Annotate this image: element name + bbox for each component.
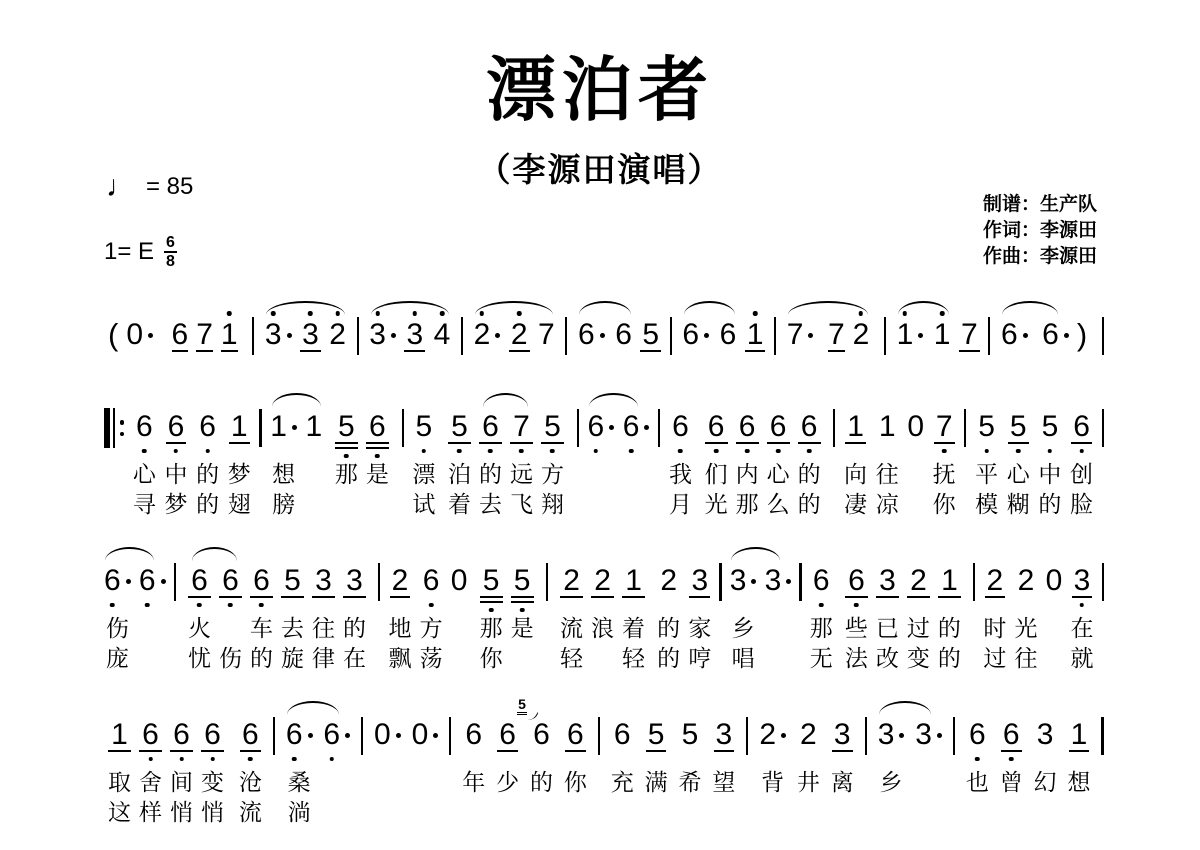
note-number: 6	[969, 718, 986, 752]
beam-underline	[479, 442, 502, 444]
note-part: 6	[219, 564, 242, 598]
lyric-line-2: 轻	[622, 643, 645, 673]
note-number: 1	[897, 318, 914, 352]
slur	[483, 393, 528, 407]
lyric-line-1: 背	[761, 767, 784, 797]
octave-dot-below	[228, 603, 233, 608]
note-cell: 5中的	[1038, 410, 1061, 519]
note-number: 65	[533, 718, 550, 752]
lyric-line-1: 的	[938, 613, 961, 643]
note-part: 2	[759, 718, 786, 752]
note-cell: 5漂试	[412, 410, 435, 519]
beam-underline	[591, 596, 614, 598]
beam-underline	[250, 596, 273, 598]
beam-underline	[938, 596, 961, 598]
credits-block: 制谱：生产队 作词：李源田 作曲：李源田	[983, 192, 1097, 270]
lyric-line-2: 荡	[420, 643, 443, 673]
barline	[658, 409, 660, 447]
lyric-line-1: 的	[657, 613, 680, 643]
lyric-line-1: 平	[975, 459, 998, 489]
note-part: 5	[1042, 410, 1059, 444]
octave-dot-below	[174, 449, 179, 454]
note-part: 2	[511, 318, 528, 352]
note-number: 6	[253, 564, 270, 598]
note-number: 0	[412, 718, 429, 752]
slur	[684, 301, 735, 315]
beam-underline	[281, 596, 304, 598]
octave-dot-below	[179, 757, 184, 762]
duration-dot	[609, 425, 614, 430]
note-number: 0	[1046, 564, 1063, 598]
lyric-line-1: 那	[480, 613, 503, 643]
barline	[598, 717, 600, 755]
note-number: 1	[111, 718, 128, 752]
note-cell: 6桑淌	[286, 718, 313, 827]
note-cell: 6创脸	[1070, 410, 1093, 519]
lyric-line-1: 桑	[288, 767, 311, 797]
note-part: 6	[767, 410, 790, 444]
lyric-line-1: 在	[1070, 613, 1093, 643]
lyric-line-1: 是	[366, 459, 389, 489]
note-cell: 5平模	[975, 410, 998, 519]
note-number: 6	[720, 318, 737, 352]
lyric-line-2: 在	[343, 643, 366, 673]
note-part: 3	[915, 718, 942, 752]
octave-dot-below	[148, 757, 153, 762]
duration-dot	[287, 333, 292, 338]
repeat-dot	[120, 420, 125, 425]
note-part: 6	[614, 718, 631, 752]
note-number: 2	[594, 564, 611, 598]
barline	[799, 563, 801, 601]
note-cell: 3	[265, 318, 292, 352]
note-number: 6	[136, 410, 153, 444]
beam-underline	[845, 442, 866, 444]
note-number: 6	[104, 564, 121, 598]
note-number: 6	[1073, 410, 1090, 444]
note-number: 1	[221, 318, 238, 352]
note-part: 3	[1037, 718, 1054, 752]
note-number: 5	[642, 318, 659, 352]
note-cell: 2	[849, 318, 874, 352]
system-2: 6心寻6中梦6的的1梦翅1想膀15那6是5漂试5泊着6的去7远飞5方翔666我月…	[104, 384, 1104, 519]
note-cell: 1	[306, 410, 323, 519]
lyric-line-1: 也	[966, 767, 989, 797]
note-part: 3	[369, 318, 396, 352]
note-number: 3	[369, 318, 386, 352]
note-cell: 1往凉	[876, 410, 899, 519]
duration-dot	[751, 579, 756, 584]
barline	[565, 317, 567, 355]
slur	[579, 301, 630, 315]
lyric-line-2	[366, 489, 389, 519]
note-cell: 1向凄	[844, 410, 867, 519]
note-number: 3	[730, 564, 747, 598]
lyric-line-1: 地	[388, 613, 411, 643]
paren-glyph: (	[108, 318, 118, 352]
lyric-line-1: 抚	[933, 459, 956, 489]
meter-lower: 8	[166, 253, 175, 270]
grace-note: 5	[517, 697, 527, 711]
note-cell: 3的在	[339, 564, 370, 673]
lyric-line-2: 变	[907, 643, 930, 673]
note-cell: 6那无	[810, 564, 833, 673]
note-part: 2	[800, 718, 817, 752]
note-cell: 6	[578, 318, 605, 352]
note-number: 7	[936, 410, 953, 444]
lyric-line-1: 想	[272, 459, 295, 489]
lyric-line-1: 少	[496, 767, 519, 797]
lyric-line-2	[511, 643, 534, 673]
note-number: 3	[346, 564, 363, 598]
note-number: 7	[961, 318, 978, 352]
lyric-line-1: 泊	[448, 459, 471, 489]
note-number: 5	[1042, 410, 1059, 444]
octave-dot-below	[429, 603, 434, 608]
octave-dot-below	[776, 449, 781, 454]
beam-underline	[196, 350, 213, 352]
note-part: 6	[172, 318, 189, 352]
note-number: 6	[191, 564, 208, 598]
note-cell: 6内那	[732, 410, 763, 519]
lyric-line-2: 无	[810, 643, 833, 673]
note-number: 5	[978, 410, 995, 444]
note-cell: 6的去	[475, 410, 506, 519]
lyric-line-2: 你	[933, 489, 956, 519]
note-number: 5	[416, 410, 433, 444]
note-number: 5	[1010, 410, 1027, 444]
note-part: 2	[560, 564, 583, 598]
parenthesis: )	[1073, 318, 1091, 352]
beam-underline	[170, 750, 193, 752]
note-number: 1	[879, 410, 896, 444]
note-cell: 1想	[1068, 718, 1091, 827]
lyric-line-1: 内	[736, 459, 759, 489]
note-part: 2	[329, 318, 346, 352]
duration-dot	[704, 333, 709, 338]
lyric-line-1: 漂	[412, 459, 435, 489]
lyric-line-2: 模	[975, 489, 998, 519]
note-part: 5	[480, 564, 503, 598]
lyric-line-1: 创	[1070, 459, 1093, 489]
note-cell: 6的的	[794, 410, 825, 519]
beam-group: 6们光6内那6心么6的的	[701, 410, 825, 519]
note-number: 6	[567, 718, 584, 752]
beam-underline	[366, 442, 389, 444]
note-part: 6	[242, 718, 259, 752]
note-part: 6	[1073, 410, 1090, 444]
beam-underline	[139, 750, 162, 752]
credit-lyricist: 作词：李源田	[983, 218, 1097, 244]
note-cell: 2的的	[657, 564, 680, 673]
duration-dot	[396, 733, 401, 738]
lyric-line-1: 去	[281, 613, 304, 643]
note-part: 6	[188, 564, 211, 598]
note-number: 1	[231, 410, 248, 444]
note-cell: 5希	[679, 718, 702, 827]
barline	[378, 563, 380, 601]
note-part: 6	[845, 564, 868, 598]
barline	[953, 717, 955, 755]
beam-underline	[1001, 750, 1022, 752]
lyric-line-2: 轻	[560, 643, 583, 673]
octave-dot-below	[1048, 449, 1053, 454]
note-part: 3	[876, 564, 899, 598]
note-cell: 3	[302, 318, 319, 352]
lyric-line-1: 取	[108, 767, 131, 797]
barline	[361, 717, 363, 755]
repeat-start-sign	[104, 408, 124, 448]
note-part: 3	[834, 718, 851, 752]
note-number: 2	[511, 318, 528, 352]
beam-underline-2	[480, 601, 503, 603]
note-number: 6	[848, 564, 865, 598]
duration-dot	[391, 333, 396, 338]
note-number: 2	[987, 564, 1004, 598]
note-number: 1	[941, 564, 958, 598]
lyric-line-2: 脸	[1070, 489, 1093, 519]
barline	[774, 317, 776, 355]
note-cell: 1	[747, 318, 764, 352]
beam-underline	[646, 750, 667, 752]
lyric-line-1: 那	[335, 459, 358, 489]
note-part: 65	[533, 718, 550, 752]
octave-dot-below	[975, 757, 980, 762]
key-signature: 1= E 6 8	[104, 234, 177, 270]
grace-note-number: 5	[517, 696, 527, 715]
note-cell: 2	[474, 318, 501, 352]
note-number: 6	[369, 410, 386, 444]
barline	[865, 717, 867, 755]
note-number: 3	[834, 718, 851, 752]
lyric-line-1: 那	[810, 613, 833, 643]
note-number: 6	[465, 718, 482, 752]
beam-underline	[300, 350, 321, 352]
note-part: 5	[511, 564, 534, 598]
note-cell: 2背	[759, 718, 786, 827]
lyric-line-1: 变	[201, 767, 224, 797]
lyric-line-2: 悄	[201, 797, 224, 827]
note-number: 6	[323, 718, 340, 752]
lyric-line-2: 去	[479, 489, 502, 519]
octave-dot-below	[205, 449, 210, 454]
note-part: 6	[623, 410, 650, 444]
lyric-line-2: 着	[448, 489, 471, 519]
lyric-line-1: 向	[844, 459, 867, 489]
lyric-line-2	[591, 643, 614, 673]
note-cell: 6些法	[841, 564, 872, 673]
lyric-line-1: 你	[564, 767, 587, 797]
barline	[252, 317, 254, 355]
note-cell: 4	[434, 318, 451, 352]
note-number: 5	[544, 410, 561, 444]
note-cell: 6是	[362, 410, 393, 519]
note-part: 0	[1046, 564, 1063, 598]
octave-dot-below	[807, 449, 812, 454]
duration-dot	[1023, 333, 1028, 338]
lyric-line-1: 间	[170, 767, 193, 797]
lyric-line-1: 火	[188, 613, 211, 643]
note-cell: 6舍样	[135, 718, 166, 827]
note-part: 5	[648, 718, 665, 752]
note-number: 5	[682, 718, 699, 752]
lyric-line-2: 翅	[228, 489, 251, 519]
key-text: 1= E	[104, 238, 154, 266]
lyric-line-1: 心	[1007, 459, 1030, 489]
note-number: 5	[284, 564, 301, 598]
lyric-line-2: 膀	[272, 489, 295, 519]
note-cell: 6曾	[1000, 718, 1023, 827]
octave-dot-below	[678, 449, 683, 454]
note-cell: 7	[787, 318, 814, 352]
note-number: 6	[199, 410, 216, 444]
note-cell: 6的的	[196, 410, 219, 519]
lyric-line-1: 中	[1038, 459, 1061, 489]
note-number: 5	[483, 564, 500, 598]
parenthesis: (	[104, 318, 122, 352]
tempo-value: = 85	[146, 173, 193, 200]
note-cell: 5方翔	[537, 410, 568, 519]
note-cell: 3已改	[872, 564, 903, 673]
note-cell: 2地飘	[388, 564, 411, 673]
duration-dot	[148, 333, 153, 338]
note-cell: 3在就	[1070, 564, 1093, 673]
note-cell: 6	[323, 718, 350, 827]
duration-dot	[433, 733, 438, 738]
note-cell: 6少	[496, 718, 519, 827]
note-cell: 7	[538, 318, 555, 352]
octave-dot-below	[422, 449, 427, 454]
note-part: 1	[221, 318, 238, 352]
beam-underline	[767, 442, 790, 444]
lyric-line-1: 的	[798, 459, 821, 489]
beam-underline	[172, 350, 189, 352]
note-part: 6	[720, 318, 737, 352]
note-number: 3	[302, 318, 319, 352]
system-4: 1取这6舍样6间悄6变悄6沧流6桑淌6006年6少65的6你6充5满5希3望2背…	[104, 692, 1104, 827]
note-part: 1	[847, 410, 864, 444]
octave-dot-above	[227, 311, 232, 316]
note-number: 3	[878, 718, 895, 752]
note-cell: 6我月	[669, 410, 692, 519]
note-cell: 3幻	[1034, 718, 1057, 827]
octave-dot-below	[1016, 449, 1021, 454]
beam-underline	[201, 750, 224, 752]
note-number: 7	[828, 318, 845, 352]
note-cell: 6中梦	[164, 410, 187, 519]
octave-dot-below	[1080, 603, 1085, 608]
note-part: 3	[265, 318, 292, 352]
octave-dot-below	[210, 757, 215, 762]
barline	[719, 563, 721, 601]
octave-dot-below	[259, 603, 264, 608]
note-part: 5	[335, 410, 358, 444]
note-part: 6	[286, 718, 313, 752]
note-cell: 6	[587, 410, 614, 519]
note-number: 3	[1074, 564, 1091, 598]
beam-underline	[108, 750, 131, 752]
note-part: 6	[170, 718, 193, 752]
duration-dot	[937, 733, 942, 738]
beam-underline	[934, 442, 955, 444]
note-number: 3	[915, 718, 932, 752]
lyric-line-1: 光	[1015, 613, 1038, 643]
note-part: 6	[423, 564, 440, 598]
duration-dot	[1064, 333, 1069, 338]
note-part: 5	[448, 410, 471, 444]
note-number: 2	[329, 318, 346, 352]
note-number: 6	[482, 410, 499, 444]
beam-underline	[622, 596, 645, 598]
barline	[1102, 409, 1104, 447]
note-part: 6	[499, 718, 516, 752]
note-part: 5	[642, 318, 659, 352]
lyric-line-2: 哼	[688, 643, 711, 673]
note-number: 2	[759, 718, 776, 752]
duration-dot	[308, 733, 313, 738]
octave-dot-below	[488, 449, 493, 454]
paren-glyph: )	[1077, 318, 1087, 352]
note-number: 1	[270, 410, 287, 444]
octave-dot-below	[745, 449, 750, 454]
lyric-line-2: 的	[1038, 489, 1061, 519]
slur	[788, 301, 868, 315]
octave-dot-below	[519, 449, 524, 454]
beam-group: 5泊着6的去7远飞5方翔	[444, 410, 568, 519]
note-part: 6	[813, 564, 830, 598]
note-cell: 3	[915, 718, 942, 827]
rest-cell: 0	[1046, 564, 1063, 673]
barline	[833, 409, 835, 447]
note-cell: 7	[192, 318, 217, 352]
note-part: )	[1077, 318, 1087, 352]
lyric-line-1: 些	[845, 613, 868, 643]
lyric-line-1: 乡	[732, 613, 755, 643]
note-part: 3	[765, 564, 792, 598]
beam-group: 6火忧6伤6车的5去旋3往律3的在	[184, 564, 370, 673]
note-cell: 5	[642, 318, 659, 352]
lyric-line-2: 糊	[1007, 489, 1030, 519]
lyric-line-1: 是	[511, 613, 534, 643]
note-part: 0	[907, 410, 924, 444]
note-number: 5	[338, 410, 355, 444]
lyric-line-1: 心	[767, 459, 790, 489]
note-cell: 2时过	[983, 564, 1006, 673]
slur	[589, 393, 638, 407]
beam-underline-2	[366, 447, 389, 449]
lyric-line-2: 梦	[164, 489, 187, 519]
duration-dot	[918, 333, 923, 338]
note-cell: 6沧流	[239, 718, 262, 827]
duration-dot	[161, 579, 166, 584]
note-number: 6	[499, 718, 516, 752]
lyric-line-1: 离	[831, 767, 854, 797]
note-number: 6	[1001, 318, 1018, 352]
note-number: 7	[513, 410, 530, 444]
beam-underline	[832, 750, 853, 752]
note-number: 7	[787, 318, 804, 352]
octave-dot-below	[819, 603, 824, 608]
beam-underline	[798, 442, 821, 444]
beam-underline	[907, 596, 930, 598]
note-part: 6	[465, 718, 482, 752]
beam-group: 1取这6舍样6间悄6变悄	[104, 718, 228, 827]
note-number: 5	[648, 718, 665, 752]
note-number: 6	[708, 410, 725, 444]
duration-dot	[600, 333, 605, 338]
beam-underline	[1008, 442, 1029, 444]
octave-dot-below	[550, 449, 555, 454]
